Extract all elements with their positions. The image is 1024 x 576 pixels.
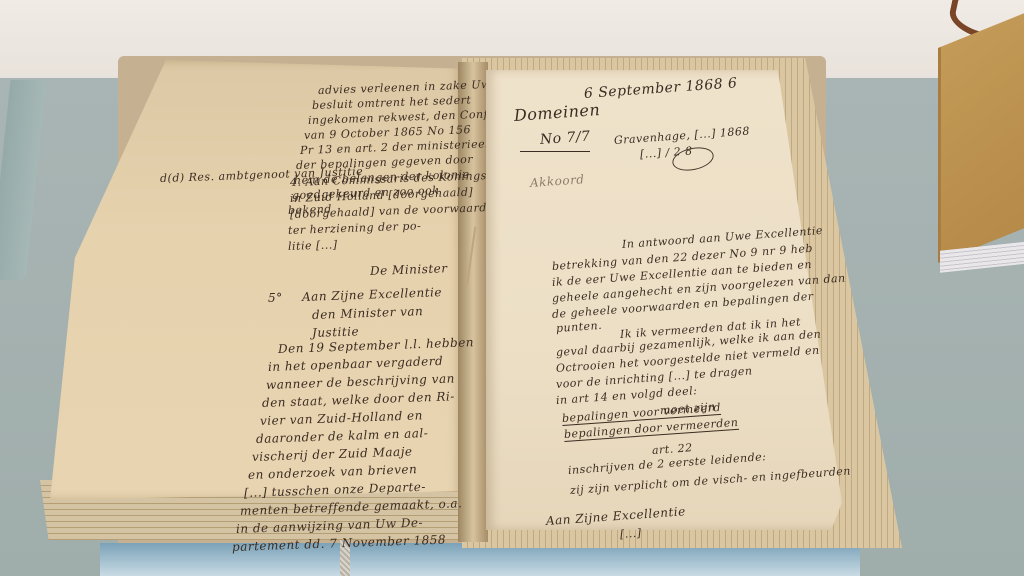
signature-minister: De Minister	[370, 261, 448, 278]
photo-scene: advies verleenen in zake Uw besluit omtr…	[0, 0, 1024, 576]
handwriting-line: litie [...]	[288, 238, 338, 253]
closing-sub: [...]	[620, 527, 642, 541]
title-underline	[520, 151, 590, 152]
handwriting-line: Justitie	[312, 324, 360, 340]
item-number: 5°	[268, 291, 283, 305]
kraft-notebook-cover	[938, 6, 1024, 263]
